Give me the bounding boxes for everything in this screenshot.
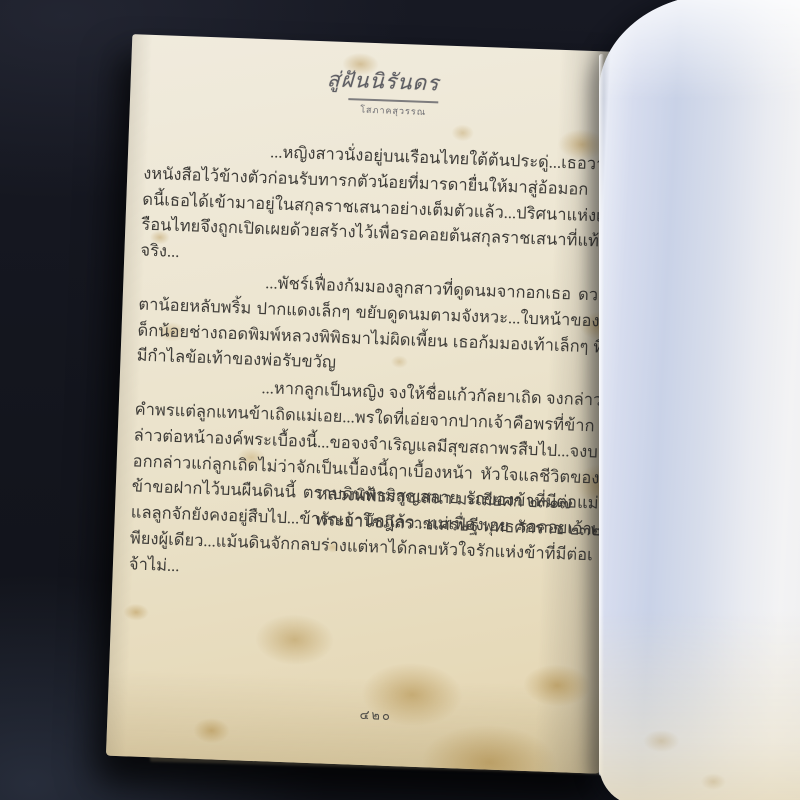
logo-subtitle-text: โสภาคสุวรรณ: [348, 102, 439, 119]
signature-block: หลวงพิพิธราชเสนา มะเมียศก ๒๓๑๗ พระยาโชฎึ…: [315, 481, 613, 544]
left-page-content: สู่ฝันนิรันดร โสภาคสุวรรณ ...หญิงสาวนั่ง…: [106, 34, 630, 774]
body-paragraph: ...พัชร์เฟื่องก้มมองลูกสาวที่ดูดนมจากอกเ…: [136, 266, 606, 386]
logo-title-text: สู่ฝันนิรันดร: [326, 63, 440, 100]
left-page: สู่ฝันนิรันดร โสภาคสุวรรณ ...หญิงสาวนั่ง…: [106, 34, 630, 774]
body-paragraph: ...หญิงสาวนั่งอยู่บนเรือนไทยใต้ต้นประดู่…: [140, 135, 611, 281]
page-number: ๔๒๐: [359, 704, 392, 726]
book-photo: สู่ฝันนิรันดร โสภาคสุวรรณ ...หญิงสาวนั่ง…: [0, 0, 800, 800]
page-curl: [599, 0, 800, 800]
title-logo: สู่ฝันนิรันดร โสภาคสุวรรณ: [326, 63, 440, 119]
